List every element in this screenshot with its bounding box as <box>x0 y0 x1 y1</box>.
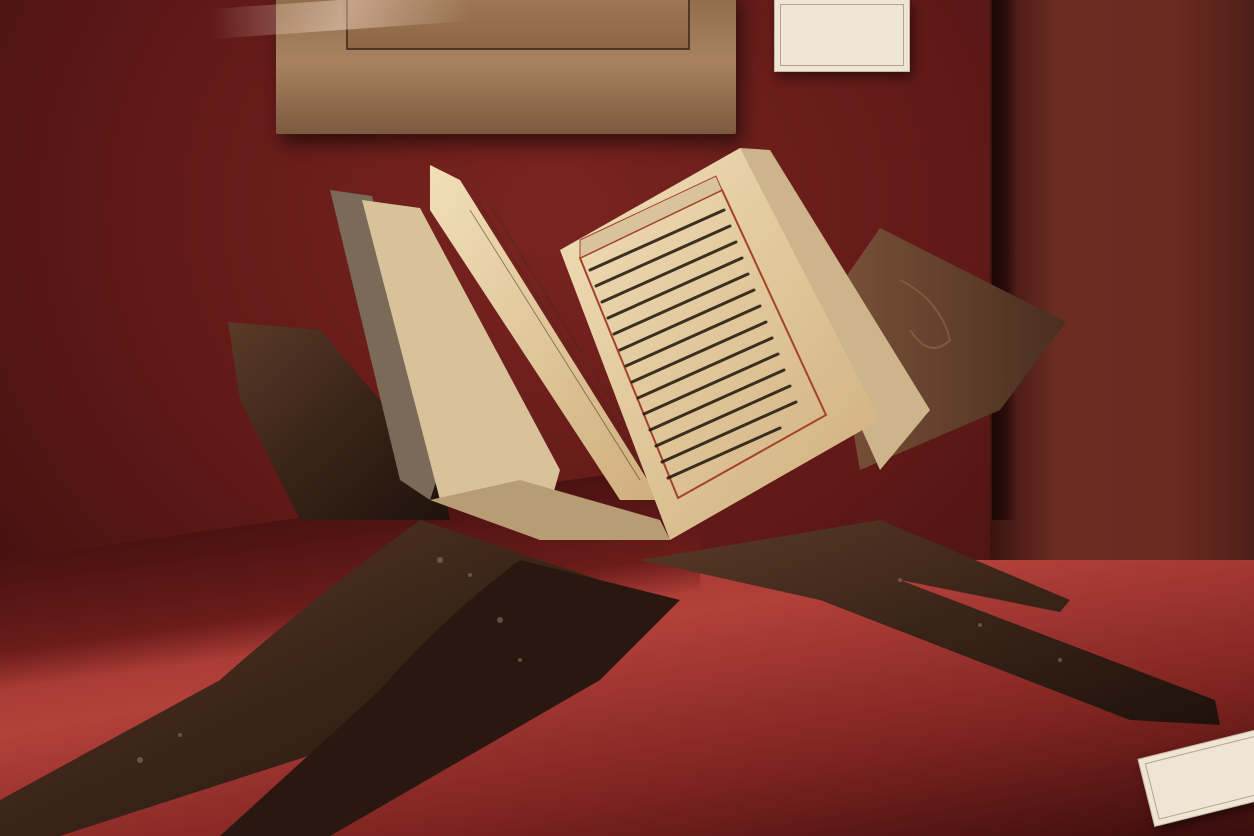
open-manuscript <box>0 0 1254 836</box>
museum-display-scene <box>0 0 1254 836</box>
